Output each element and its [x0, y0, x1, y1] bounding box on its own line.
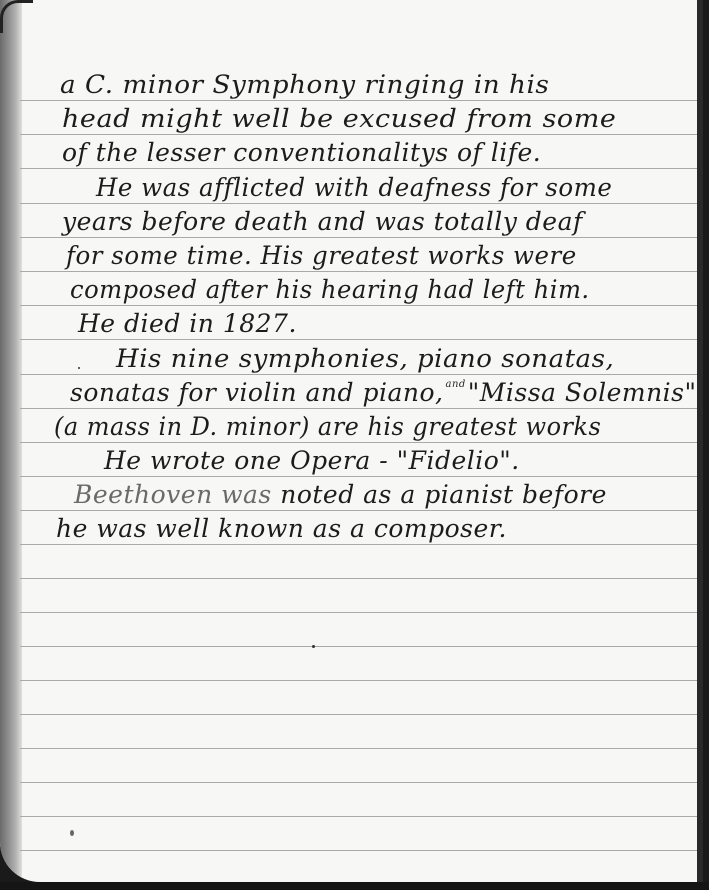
- handwritten-line: sonatas for violin and piano,and"Missa S…: [70, 378, 697, 407]
- faint-text: Beethoven was: [74, 480, 272, 509]
- notebook-page: a C. minor Symphony ringing in his head …: [0, 0, 703, 882]
- page-bottom-edge: [0, 882, 709, 890]
- handwritten-line: He died in 1827.: [78, 309, 297, 338]
- ruled-line: [20, 237, 703, 238]
- ruled-line: [20, 442, 703, 443]
- ruled-line: [20, 476, 703, 477]
- ruled-line: [20, 203, 703, 204]
- handwritten-line: he was well known as a composer.: [56, 514, 507, 543]
- handwritten-line: a C. minor Symphony ringing in his: [60, 70, 549, 99]
- ruled-line: [20, 612, 703, 613]
- line-text: noted as a pianist before: [272, 480, 607, 509]
- handwritten-line: (a mass in D. minor) are his greatest wo…: [54, 412, 601, 441]
- ruled-line: [20, 782, 703, 783]
- handwritten-line: composed after his hearing had left him.: [70, 275, 590, 304]
- ink-speck: [312, 645, 315, 648]
- ruled-line: [20, 578, 703, 579]
- handwritten-line: head might well be excused from some: [62, 104, 616, 133]
- inserted-word: and: [445, 379, 465, 390]
- handwritten-line: Beethoven was noted as a pianist before: [74, 480, 607, 509]
- ink-speck: [70, 830, 74, 836]
- ruled-line: [20, 271, 703, 272]
- ruled-line: [20, 748, 703, 749]
- ruled-line: [20, 339, 703, 340]
- ruled-line: [20, 168, 703, 169]
- ruled-line: [20, 850, 703, 851]
- ruled-line: [20, 544, 703, 545]
- handwritten-line: for some time. His greatest works were: [66, 241, 577, 270]
- ruled-line: [20, 305, 703, 306]
- ruled-line: [20, 816, 703, 817]
- handwritten-line: years before death and was totally deaf: [62, 207, 583, 236]
- page-right-edge: [697, 0, 703, 882]
- ruled-line: [20, 374, 703, 375]
- ruled-line: [20, 646, 703, 647]
- line-text: "Missa Solemnis": [468, 378, 697, 407]
- handwritten-line: His nine symphonies, piano sonatas,: [116, 344, 614, 373]
- ruled-line: [20, 408, 703, 409]
- ruled-line: [20, 100, 703, 101]
- handwritten-line: He was afflicted with deafness for some: [96, 173, 612, 202]
- ruled-line: [20, 510, 703, 511]
- ruled-line: [20, 680, 703, 681]
- handwritten-line: He wrote one Opera - "Fidelio".: [104, 446, 520, 475]
- ruled-line: [20, 134, 703, 135]
- line-text: sonatas for violin and piano,: [70, 378, 443, 407]
- ink-speck: [78, 367, 80, 369]
- handwritten-line: of the lesser conventionalitys of life.: [62, 138, 541, 167]
- ruled-line: [20, 714, 703, 715]
